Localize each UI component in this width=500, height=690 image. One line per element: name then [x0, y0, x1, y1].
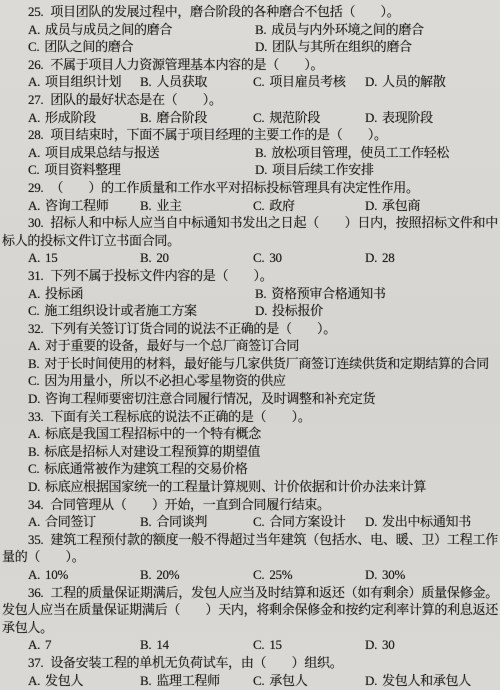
option-label: A. [28, 74, 40, 89]
question-number: 30. [28, 215, 43, 230]
question-text: 设备安装工程的单机无负荷试车，由（ ）组织。 [50, 655, 342, 670]
option-text: 投标函 [45, 286, 83, 301]
question-stem: 32.下列有关签订订货合同的说法不正确的是（ ）。 [0, 320, 500, 338]
question-number: 33. [28, 409, 43, 424]
question-stem: 35.建筑工程预付款的额度一般不得超过当年建筑（包括水、电、暖、卫）工程工作量的… [0, 531, 500, 566]
option-label: D. [255, 162, 267, 177]
question: 33.下面有关工程标底的说法不正确的是（ ）。A.标底是我国工程招标中的一个特有… [0, 408, 500, 496]
option-a: A.成员与成员之间的磨合 [28, 21, 172, 39]
question-stem: 34.合同管理从（ ）开始，一直到合同履行结束。 [0, 496, 500, 514]
question: 26.不属于项目人力资源管理基本内容的是（ ）。A.项目组织计划B.人员获取C.… [0, 56, 500, 91]
option-label: D. [365, 110, 377, 125]
option-label: A. [28, 673, 40, 688]
option-text: 项目资料整理 [44, 162, 120, 177]
question-number: 37. [28, 655, 43, 670]
option-label: B. [140, 673, 151, 688]
question-stem: 37.设备安装工程的单机无负荷试车，由（ ）组织。 [0, 654, 500, 672]
option-label: C. [253, 567, 264, 582]
option-label: B. [140, 110, 151, 125]
question-number: 32. [28, 321, 43, 336]
option-label: D. [255, 303, 267, 318]
option-label: C. [28, 303, 39, 318]
option-d: D.人员的解散 [365, 73, 446, 91]
option-text: 形成阶段 [45, 110, 96, 125]
question-number: 29. [28, 180, 43, 195]
option-label: D. [28, 479, 40, 494]
option-label: B. [140, 250, 151, 265]
option-c: C.承包人 [253, 672, 307, 690]
option-text: 人员获取 [156, 74, 207, 89]
option-text: 人员的解散 [382, 74, 446, 89]
option-text: 20 [156, 250, 168, 265]
question-text: 下列有关签订订货合同的说法不正确的是（ ）。 [50, 321, 336, 336]
question-text: 下列不属于投标文件内容的是（ ）。 [50, 268, 272, 283]
options-row: C.标底通常被作为建筑工程的交易价格 [0, 460, 500, 478]
option-d: D.项目后续工作安排 [255, 161, 374, 179]
option-b: B.资格预审合格通知书 [255, 285, 386, 303]
options-row: A.15B.20C.30D.28 [0, 249, 500, 267]
question-stem: 36.工程的质量保证期满后，发包人应当及时结算和返还（如有剩余）质量保修金。发包… [0, 584, 500, 637]
option-label: B. [140, 198, 151, 213]
option-text: 项目组织计划 [45, 74, 121, 89]
option-label: C. [28, 373, 39, 388]
question-number: 28. [28, 127, 43, 142]
question-text: 招标人和中标人应当自中标通知书发出之日起（ ）日内，按照招标文件和中标人的投标文… [2, 215, 498, 248]
question: 31.下列不属于投标文件内容的是（ ）。A.投标函B.资格预审合格通知书C.施工… [0, 267, 500, 320]
question-list: 25.项目团队的发展过程中，磨合阶段的各种磨合不包括（ ）。A.成员与成员之间的… [0, 3, 500, 689]
options-row: D.咨询工程师要密切注意合同履行情况，及时调整和补充定货 [0, 390, 500, 408]
option-b: B.人员获取 [140, 73, 207, 91]
option-label: B. [255, 22, 266, 37]
question-text: （ ）的工作质量和工作水平对招标投标管理具有决定性作用。 [50, 180, 418, 195]
option-a: A.形成阶段 [28, 109, 96, 127]
option-text: 发包人和承包人 [382, 673, 471, 688]
option-text: 对于长时间使用的材料，最好能与几家供货厂商签订连续供货和定期结算的合同 [44, 356, 489, 371]
option-label: B. [140, 567, 151, 582]
options-row: C.团队之间的磨合D.团队与其所在组织的磨合 [0, 38, 500, 56]
option-label: C. [28, 461, 39, 476]
option-text: 施工组织设计或者施工方案 [44, 303, 196, 318]
question-text: 合同管理从（ ）开始，一直到合同履行结束。 [50, 497, 329, 512]
option-text: 成员与成员之间的磨合 [45, 22, 172, 37]
option-text: 磨合阶段 [156, 110, 207, 125]
option-a: A.投标函 [28, 285, 83, 303]
option-label: D. [28, 391, 40, 406]
option-label: D. [365, 514, 377, 529]
option-b: B.监理工程师 [140, 672, 220, 690]
options-row: D.标底应根据国家统一的工程量计算规则、计价依据和计价办法来计算 [0, 478, 500, 496]
question-stem: 28.项目结束时，下面不属于项目经理的主要工作的是（ ）。 [0, 126, 500, 144]
option-text: 表现阶段 [382, 110, 433, 125]
option-text: 业主 [156, 198, 181, 213]
option-text: 咨询工程师要密切注意合同履行情况，及时调整和补充定货 [45, 391, 375, 406]
question-stem: 29.（ ）的工作质量和工作水平对招标投标管理具有决定性作用。 [0, 179, 500, 197]
option-text: 20% [156, 567, 179, 582]
option-label: C. [253, 637, 264, 652]
question-stem: 31.下列不属于投标文件内容的是（ ）。 [0, 267, 500, 285]
option-c: C.标底通常被作为建筑工程的交易价格 [28, 460, 248, 478]
option-text: 30 [269, 250, 281, 265]
options-row: A.投标函B.资格预审合格通知书 [0, 285, 500, 303]
option-label: D. [365, 198, 377, 213]
option-text: 标底是招标人对建设工程预算的期望值 [44, 444, 260, 459]
options-row: A.合同签订B.合同谈判C.合同方案设计D.发出中标通知书 [0, 513, 500, 531]
option-text: 资格预审合格通知书 [271, 286, 385, 301]
question-stem: 27.团队的最好状态是在（ ）。 [0, 91, 500, 109]
option-d: D.30% [365, 566, 405, 584]
option-b: B.业主 [140, 197, 182, 215]
option-text: 咨询工程师 [45, 198, 109, 213]
question-text: 不属于项目人力资源管理基本内容的是（ ）。 [50, 57, 323, 72]
options-row: A.咨询工程师B.业主C.政府D.承包商 [0, 197, 500, 215]
option-c: C.项目雇员考核 [253, 73, 346, 91]
options-row: C.项目资料整理D.项目后续工作安排 [0, 161, 500, 179]
option-text: 项目雇员考核 [269, 74, 345, 89]
option-text: 团队之间的磨合 [44, 39, 133, 54]
option-text: 承包人 [269, 673, 307, 688]
question-text: 工程的质量保证期满后，发包人应当及时结算和返还（如有剩余）质量保修金。发包人应当… [2, 585, 498, 635]
option-text: 合同谈判 [156, 514, 207, 529]
option-text: 15 [269, 637, 281, 652]
question: 30.招标人和中标人应当自中标通知书发出之日起（ ）日内，按照招标文件和中标人的… [0, 214, 500, 267]
question-stem: 33.下面有关工程标底的说法不正确的是（ ）。 [0, 408, 500, 426]
option-label: A. [28, 338, 40, 353]
option-label: A. [28, 286, 40, 301]
option-label: A. [28, 22, 40, 37]
option-text: 团队与其所在组织的磨合 [272, 39, 412, 54]
option-text: 标底应根据国家统一的工程量计算规则、计价依据和计价办法来计算 [45, 479, 426, 494]
option-d: D.发包人和承包人 [365, 672, 471, 690]
question: 25.项目团队的发展过程中，磨合阶段的各种磨合不包括（ ）。A.成员与成员之间的… [0, 3, 500, 56]
question-text: 项目团队的发展过程中，磨合阶段的各种磨合不包括（ ）。 [50, 4, 399, 19]
option-b: B.对于长时间使用的材料，最好能与几家供货厂商签订连续供货和定期结算的合同 [28, 355, 489, 373]
option-text: 30% [382, 567, 405, 582]
option-a: A.7 [28, 636, 51, 654]
option-text: 发出中标通知书 [382, 514, 471, 529]
option-text: 监理工程师 [156, 673, 220, 688]
option-a: A.15 [28, 249, 57, 267]
option-b: B.放松项目管理，使员工工作轻松 [255, 144, 449, 162]
option-label: A. [28, 637, 40, 652]
question: 35.建筑工程预付款的额度一般不得超过当年建筑（包括水、电、暖、卫）工程工作量的… [0, 531, 500, 584]
options-row: A.成员与成员之间的磨合B.成员与内外环境之间的磨合 [0, 21, 500, 39]
option-a: A.标底是我国工程招标中的一个特有概念 [28, 425, 261, 443]
option-a: A.10% [28, 566, 68, 584]
option-text: 标底通常被作为建筑工程的交易价格 [44, 461, 247, 476]
option-label: C. [253, 74, 264, 89]
option-c: C.合同方案设计 [253, 513, 346, 531]
option-label: A. [28, 110, 40, 125]
option-d: D.承包商 [365, 197, 420, 215]
option-label: C. [253, 673, 264, 688]
options-row: A.项目组织计划B.人员获取C.项目雇员考核D.人员的解散 [0, 73, 500, 91]
option-d: D.发出中标通知书 [365, 513, 471, 531]
option-d: D.咨询工程师要密切注意合同履行情况，及时调整和补充定货 [28, 390, 375, 408]
option-label: D. [365, 673, 377, 688]
question-number: 27. [28, 92, 43, 107]
question: 32.下列有关签订订货合同的说法不正确的是（ ）。A.对于重要的设备，最好与一个… [0, 320, 500, 408]
option-label: B. [255, 286, 266, 301]
option-b: B.磨合阶段 [140, 109, 207, 127]
option-text: 政府 [269, 198, 294, 213]
option-label: B. [28, 356, 39, 371]
question-stem: 26.不属于项目人力资源管理基本内容的是（ ）。 [0, 56, 500, 74]
option-text: 10% [45, 567, 68, 582]
option-c: C.30 [253, 249, 282, 267]
option-c: C.政府 [253, 197, 295, 215]
options-row: A.7B.14C.15D.30 [0, 636, 500, 654]
option-c: C.15 [253, 636, 282, 654]
option-b: B.20 [140, 249, 169, 267]
option-label: D. [365, 74, 377, 89]
question: 34.合同管理从（ ）开始，一直到合同履行结束。A.合同签订B.合同谈判C.合同… [0, 496, 500, 531]
option-label: D. [365, 567, 377, 582]
option-label: A. [28, 567, 40, 582]
option-text: 项目成果总结与报送 [45, 145, 159, 160]
option-text: 承包商 [382, 198, 420, 213]
question-text: 下面有关工程标底的说法不正确的是（ ）。 [50, 409, 310, 424]
option-label: C. [253, 514, 264, 529]
options-row: A.项目成果总结与报送B.放松项目管理，使员工工作轻松 [0, 144, 500, 162]
option-b: B.合同谈判 [140, 513, 207, 531]
options-row: A.形成阶段B.磨合阶段C.规范阶段D.表现阶段 [0, 109, 500, 127]
question-number: 26. [28, 57, 43, 72]
option-label: D. [255, 39, 267, 54]
question-number: 31. [28, 268, 43, 283]
question-stem: 25.项目团队的发展过程中，磨合阶段的各种磨合不包括（ ）。 [0, 3, 500, 21]
question: 29.（ ）的工作质量和工作水平对招标投标管理具有决定性作用。A.咨询工程师B.… [0, 179, 500, 214]
option-text: 发包人 [45, 673, 83, 688]
option-text: 25% [269, 567, 292, 582]
option-label: C. [28, 39, 39, 54]
option-text: 标底是我国工程招标中的一个特有概念 [45, 426, 261, 441]
option-text: 15 [45, 250, 57, 265]
question-number: 34. [28, 497, 43, 512]
option-d: D.标底应根据国家统一的工程量计算规则、计价依据和计价办法来计算 [28, 478, 426, 496]
options-row: C.施工组织设计或者施工方案D.投标报价 [0, 302, 500, 320]
option-label: B. [140, 74, 151, 89]
option-a: A.对于重要的设备，最好与一个总厂商签订合同 [28, 337, 299, 355]
option-a: A.咨询工程师 [28, 197, 109, 215]
options-row: C.因为用量小，所以不必担心零星物资的供应 [0, 372, 500, 390]
option-text: 规范阶段 [269, 110, 320, 125]
option-a: A.合同签订 [28, 513, 96, 531]
option-text: 项目后续工作安排 [272, 162, 374, 177]
question-stem: 30.招标人和中标人应当自中标通知书发出之日起（ ）日内，按照招标文件和中标人的… [0, 214, 500, 249]
option-label: B. [255, 145, 266, 160]
question-text: 建筑工程预付款的额度一般不得超过当年建筑（包括水、电、暖、卫）工程工作量的（ ）… [2, 532, 498, 565]
option-d: D.30 [365, 636, 394, 654]
option-label: C. [253, 250, 264, 265]
option-c: C.规范阶段 [253, 109, 320, 127]
option-c: C.施工组织设计或者施工方案 [28, 302, 197, 320]
option-c: C.25% [253, 566, 292, 584]
option-text: 7 [45, 637, 51, 652]
option-label: A. [28, 198, 40, 213]
option-label: C. [28, 162, 39, 177]
question: 28.项目结束时，下面不属于项目经理的主要工作的是（ ）。A.项目成果总结与报送… [0, 126, 500, 179]
option-text: 放松项目管理，使员工工作轻松 [271, 145, 449, 160]
option-label: D. [365, 637, 377, 652]
question-text: 项目结束时，下面不属于项目经理的主要工作的是（ ）。 [50, 127, 386, 142]
option-label: D. [365, 250, 377, 265]
question: 37.设备安装工程的单机无负荷试车，由（ ）组织。A.发包人B.监理工程师C.承… [0, 654, 500, 689]
option-d: D.团队与其所在组织的磨合 [255, 38, 412, 56]
option-text: 对于重要的设备，最好与一个总厂商签订合同 [45, 338, 299, 353]
question-text: 团队的最好状态是在（ ）。 [50, 92, 221, 107]
option-text: 14 [156, 637, 168, 652]
option-label: A. [28, 145, 40, 160]
option-label: A. [28, 250, 40, 265]
option-b: B.14 [140, 636, 169, 654]
option-label: C. [253, 110, 264, 125]
options-row: A.对于重要的设备，最好与一个总厂商签订合同 [0, 337, 500, 355]
option-b: B.20% [140, 566, 179, 584]
option-d: D.表现阶段 [365, 109, 433, 127]
option-b: B.标底是招标人对建设工程预算的期望值 [28, 443, 260, 461]
option-label: B. [28, 444, 39, 459]
question-number: 36. [28, 585, 43, 600]
options-row: A.10%B.20%C.25%D.30% [0, 566, 500, 584]
option-label: B. [140, 514, 151, 529]
option-c: C.因为用量小，所以不必担心零星物资的供应 [28, 372, 286, 390]
option-text: 投标报价 [272, 303, 323, 318]
option-text: 因为用量小，所以不必担心零星物资的供应 [44, 373, 285, 388]
option-label: C. [253, 198, 264, 213]
question: 36.工程的质量保证期满后，发包人应当及时结算和返还（如有剩余）质量保修金。发包… [0, 584, 500, 654]
options-row: B.对于长时间使用的材料，最好能与几家供货厂商签订连续供货和定期结算的合同 [0, 355, 500, 373]
option-text: 成员与内外环境之间的磨合 [271, 22, 423, 37]
options-row: B.标底是招标人对建设工程预算的期望值 [0, 443, 500, 461]
question-number: 25. [28, 4, 43, 19]
question-number: 35. [28, 532, 43, 547]
option-d: D.28 [365, 249, 394, 267]
option-text: 30 [382, 637, 394, 652]
options-row: A.发包人B.监理工程师C.承包人D.发包人和承包人 [0, 672, 500, 690]
option-a: A.发包人 [28, 672, 83, 690]
option-a: A.项目组织计划 [28, 73, 121, 91]
options-row: A.标底是我国工程招标中的一个特有概念 [0, 425, 500, 443]
option-label: A. [28, 514, 40, 529]
option-label: B. [140, 637, 151, 652]
option-b: B.成员与内外环境之间的磨合 [255, 21, 424, 39]
option-d: D.投标报价 [255, 302, 323, 320]
option-label: A. [28, 426, 40, 441]
option-text: 合同方案设计 [269, 514, 345, 529]
exam-page: 25.项目团队的发展过程中，磨合阶段的各种磨合不包括（ ）。A.成员与成员之间的… [0, 0, 500, 690]
option-c: C.项目资料整理 [28, 161, 121, 179]
option-c: C.团队之间的磨合 [28, 38, 133, 56]
option-a: A.项目成果总结与报送 [28, 144, 159, 162]
option-text: 28 [382, 250, 394, 265]
question: 27.团队的最好状态是在（ ）。A.形成阶段B.磨合阶段C.规范阶段D.表现阶段 [0, 91, 500, 126]
option-text: 合同签订 [45, 514, 96, 529]
